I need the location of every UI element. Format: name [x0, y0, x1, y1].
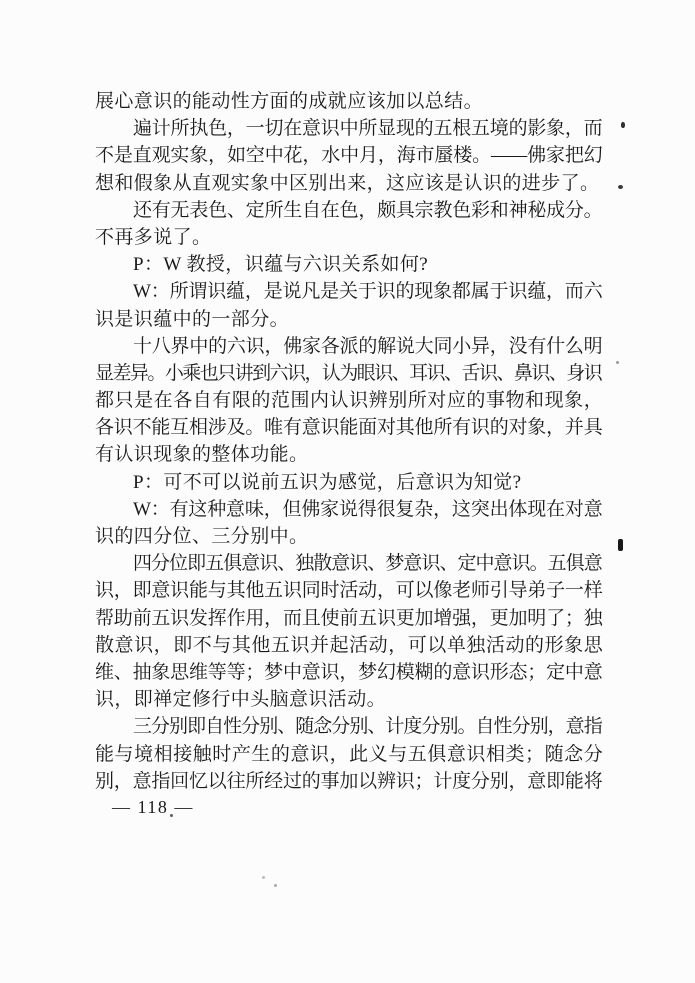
- text-line: 维、抽象思维等等；梦中意识，梦幻模糊的意识形态；定中意: [95, 659, 601, 686]
- text-line: 十八界中的六识，佛家各派的解说大同小异，没有什么明: [95, 333, 601, 360]
- text-line: 散意识，即不与其他五识并起活动，可以单独活动的形象思: [95, 632, 601, 659]
- text-line: 三分别即自性分别、随念分别、计度分别。自性分别，意指: [95, 713, 601, 740]
- text-line: 遍计所执色，一切在意识中所显现的五根五境的影象，而: [95, 115, 601, 142]
- text-line: 识，即意识能与其他五识同时活动，可以像老师引导弟子一样: [95, 577, 601, 604]
- text-line: P：W 教授，识蕴与六识关系如何?: [95, 251, 601, 278]
- text-line: 显差异。小乘也只讲到六识，认为眼识、耳识、舌识、鼻识、身识: [95, 360, 601, 387]
- scan-speck: [621, 122, 625, 128]
- text-line: 展心意识的能动性方面的成就应该加以总结。: [95, 88, 601, 115]
- text-line: 能与境相接触时产生的意识，此义与五俱意识相类；随念分: [95, 741, 601, 768]
- scan-speck: [618, 185, 623, 189]
- scan-speck: [274, 884, 277, 887]
- text-line: W：有这种意味，但佛家说得很复杂，这突出体现在对意: [95, 496, 601, 523]
- page-number: — 118 —: [112, 797, 194, 818]
- body-text: 展心意识的能动性方面的成就应该加以总结。遍计所执色，一切在意识中所显现的五根五境…: [95, 88, 601, 795]
- text-line: 都只是在各自有限的范围内认识辨别所对应的事物和现象，: [95, 387, 601, 414]
- text-line: 识是识蕴中的一部分。: [95, 306, 601, 333]
- scan-speck: [170, 814, 173, 817]
- text-line: 帮助前五识发挥作用，而且使前五识更加增强，更加明了；独: [95, 605, 601, 632]
- scan-speck: [616, 361, 619, 364]
- scan-speck: [618, 539, 623, 551]
- text-line: 想和假象从直观实象中区别出来，这应该是认识的进步了。: [95, 170, 601, 197]
- text-line: 有认识现象的整体功能。: [95, 441, 601, 468]
- text-line: 识的四分位、三分别中。: [95, 523, 601, 550]
- text-line: P：可不可以说前五识为感觉，后意识为知觉?: [95, 469, 601, 496]
- text-line: 四分位即五俱意识、独散意识、梦意识、定中意识。五俱意: [95, 550, 601, 577]
- text-line: 识，即禅定修行中头脑意识活动。: [95, 686, 601, 713]
- text-line: 各识不能互相涉及。唯有意识能面对其他所有识的对象，并具: [95, 414, 601, 441]
- text-line: 不再多说了。: [95, 224, 601, 251]
- scan-speck: [262, 876, 265, 879]
- scanned-book-page: 展心意识的能动性方面的成就应该加以总结。遍计所执色，一切在意识中所显现的五根五境…: [0, 0, 695, 983]
- text-line: 别，意指回忆以往所经过的事加以辨识；计度分别，意即能将: [95, 768, 601, 795]
- text-line: 不是直观实象，如空中花，水中月，海市蜃楼。——佛家把幻: [95, 142, 601, 169]
- text-line: 还有无表色、定所生自在色，颇具宗教色彩和神秘成分。: [95, 197, 601, 224]
- text-line: W：所谓识蕴，是说凡是关于识的现象都属于识蕴，而六: [95, 278, 601, 305]
